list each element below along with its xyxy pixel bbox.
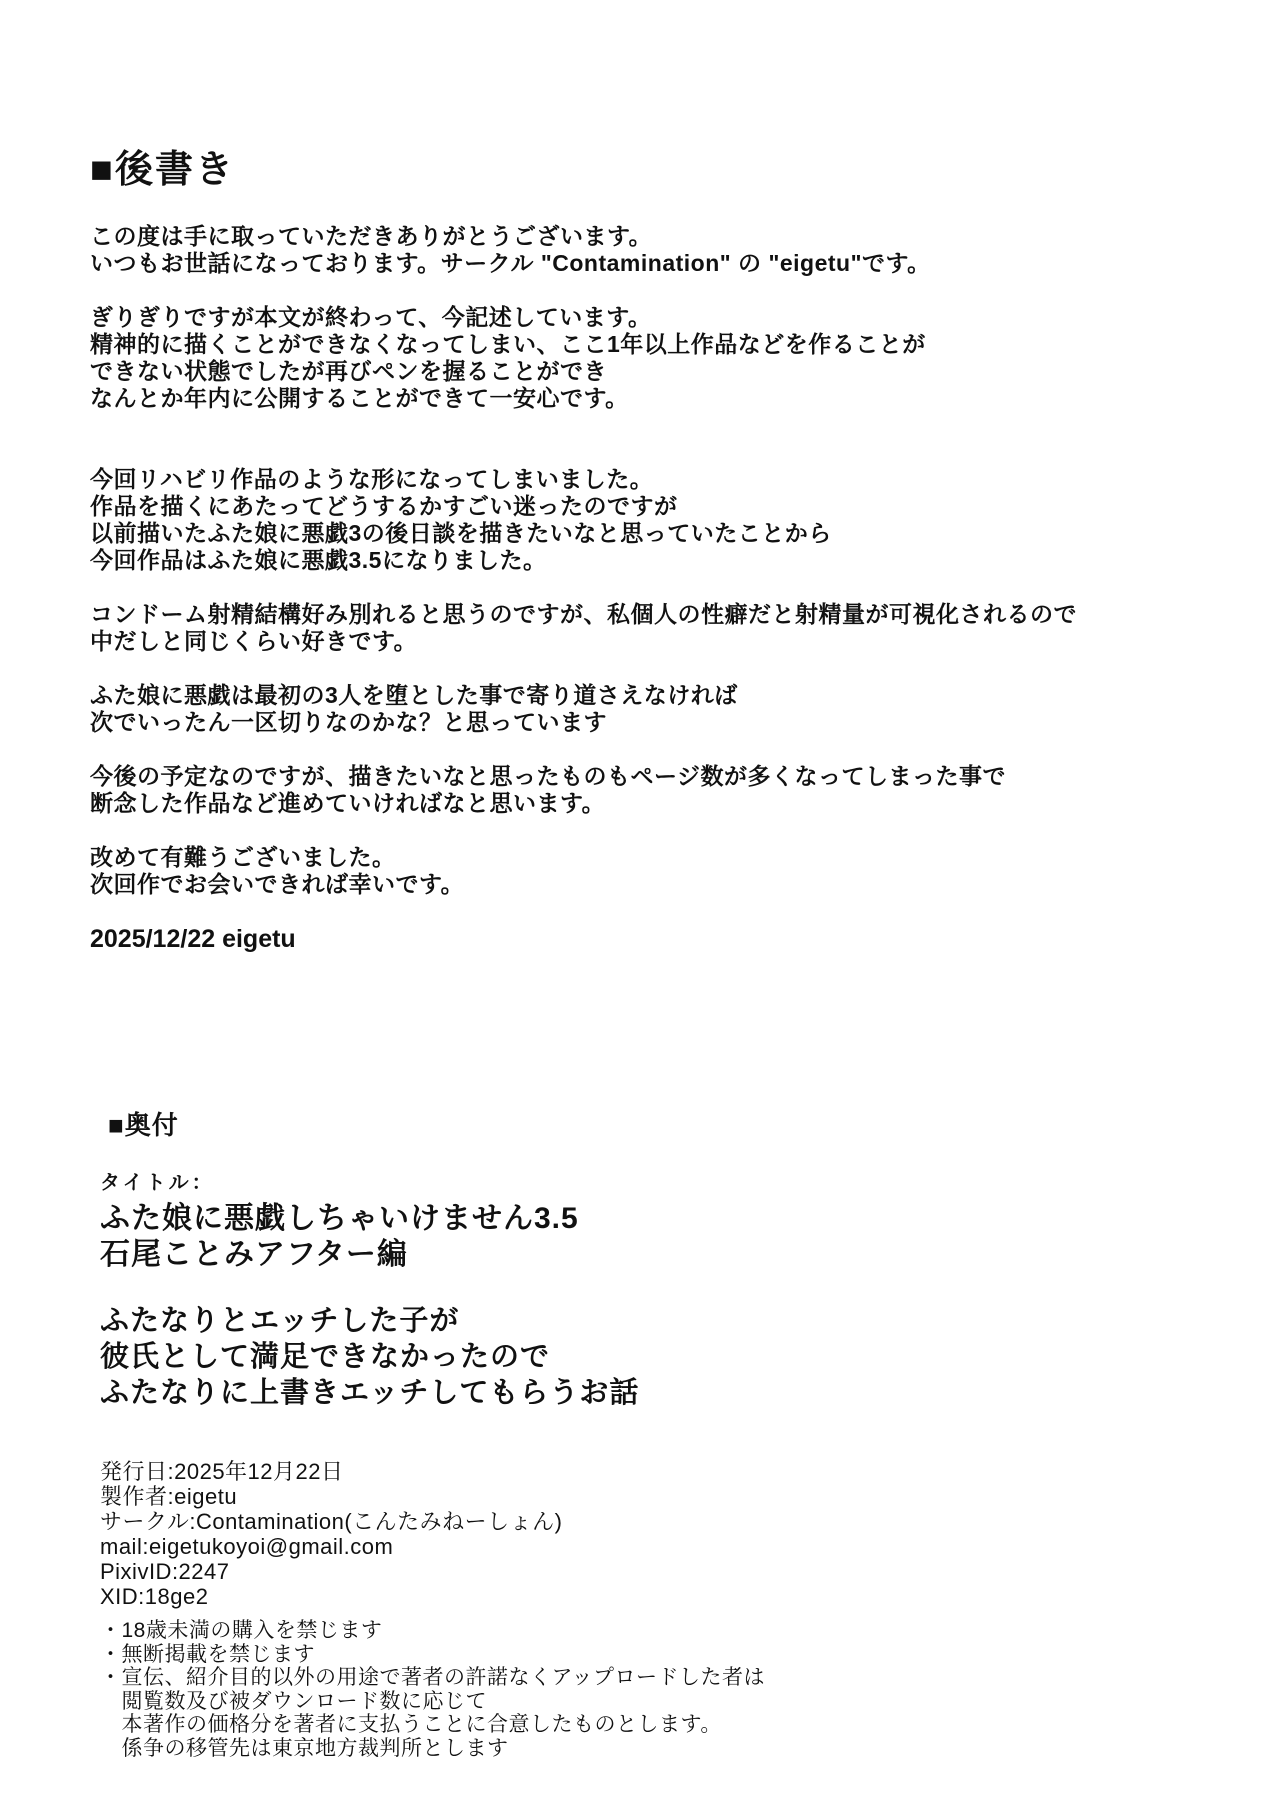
publication-line-xid: XID:18ge2: [100, 1584, 1200, 1609]
notice-line: ・宣伝、紹介目的以外の用途で著者の許諾なくアップロードした者は: [100, 1666, 1200, 1690]
notice-line: 閲覧数及び被ダウンロード数に応じて: [100, 1690, 1200, 1714]
colophon-section: ■奥付 タイトル： ふた娘に悪戯しちゃいけません3.5 石尾ことみアフター編 ふ…: [100, 1105, 1200, 1760]
publication-line-circle: サークル:Contamination(こんたみねーしょん): [100, 1509, 1200, 1534]
afterword-heading: ■後書き: [90, 138, 1240, 193]
publication-line-author: 製作者:eigetu: [100, 1484, 1200, 1509]
scanned-afterword-page: ■後書き この度は手に取っていただきありがとうございます。 いつもお世話になって…: [0, 0, 1275, 1800]
legal-notices: ・18歳未満の購入を禁じます ・無断掲載を禁じます ・宣伝、紹介目的以外の用途で…: [100, 1619, 1200, 1760]
book-title: ふた娘に悪戯しちゃいけません3.5 石尾ことみアフター編: [100, 1201, 1200, 1273]
publication-line-pixiv: PixivID:2247: [100, 1559, 1200, 1584]
book-description: ふたなりとエッチした子が 彼氏として満足できなかったので ふたなりに上書きエッチ…: [100, 1303, 1200, 1411]
afterword-section: ■後書き この度は手に取っていただきありがとうございます。 いつもお世話になって…: [90, 138, 1240, 954]
afterword-paragraph: コンドーム射精結構好み別れると思うのですが、私個人の性癖だと射精量が可視化される…: [90, 601, 1240, 655]
notice-line: 本著作の価格分を著者に支払うことに合意したものとします。: [100, 1713, 1200, 1737]
afterword-paragraph: 今後の予定なのですが、描きたいなと思ったものもページ数が多くなってしまった事で …: [90, 763, 1240, 817]
afterword-paragraph: この度は手に取っていただきありがとうございます。 いつもお世話になっております。…: [90, 223, 1240, 277]
afterword-paragraph: 改めて有難うございました。 次回作でお会いできれば幸いです。: [90, 844, 1240, 898]
date-signature: 2025/12/22 eigetu: [90, 925, 1240, 954]
afterword-paragraph: 今回リハビリ作品のような形になってしまいました。 作品を描くにあたってどうするか…: [90, 466, 1240, 574]
notice-line: ・18歳未満の購入を禁じます: [100, 1619, 1200, 1643]
publication-line-mail: mail:eigetukoyoi@gmail.com: [100, 1534, 1200, 1559]
notice-line: ・無断掲載を禁じます: [100, 1643, 1200, 1667]
title-label: タイトル：: [100, 1166, 1200, 1195]
colophon-heading: ■奥付: [108, 1105, 1200, 1142]
notice-line: 係争の移管先は東京地方裁判所とします: [100, 1737, 1200, 1761]
publication-info: 発行日:2025年12月22日 製作者:eigetu サークル:Contamin…: [100, 1459, 1200, 1609]
afterword-paragraph: ぎりぎりですが本文が終わって、今記述しています。 精神的に描くことができなくなっ…: [90, 304, 1240, 412]
afterword-paragraph: ふた娘に悪戯は最初の3人を堕とした事で寄り道さえなければ 次でいったん一区切りな…: [90, 682, 1240, 736]
publication-line-date: 発行日:2025年12月22日: [100, 1459, 1200, 1484]
